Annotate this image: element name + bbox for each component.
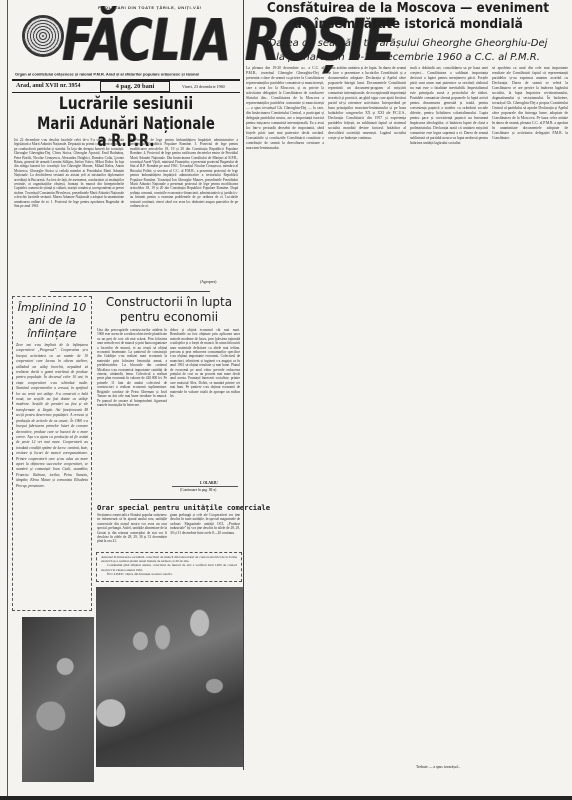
margin-rule <box>7 0 8 800</box>
anniversary-headline-2: ani de la <box>14 314 90 327</box>
rule <box>172 486 238 487</box>
schedule-col-2: gram prelungit și cele ale Cooperativei … <box>170 513 240 549</box>
issue-date: Vineri, 23 decembrie 1960 <box>182 84 225 89</box>
moscow-headline-1: Consfătuirea de la Moscova — eveniment <box>260 2 555 16</box>
emblem-icon <box>22 15 64 57</box>
builders-headline-1: Constructorii în lupta <box>96 296 242 308</box>
moscow-col-4: să aprobăm ca unul din cele mai importan… <box>492 66 568 766</box>
session-byline: (Agerpres) <box>200 280 216 284</box>
moscow-conclusion: Trebuie — a spus tovarășul... <box>416 765 460 769</box>
anniversary-headline-3: înființare <box>14 327 90 340</box>
column-divider <box>243 0 244 770</box>
info-bar: Arad, anul XVII nr. 3954 4 pag. 20 bani … <box>12 81 240 93</box>
photo-caption-3: ÎN CLIȘEU: câțiva din fruntașii acestui … <box>101 572 237 576</box>
builders-col-1: Una din preocupările constructorilor ară… <box>97 328 167 498</box>
moscow-col-2: mina arătăm unitatea și de lupta. În dar… <box>328 66 406 766</box>
issue-number: Arad, anul XVII nr. 3954 <box>16 83 80 89</box>
photo-caption-1: Antrenat în întrecerea socialistă, colec… <box>101 555 237 563</box>
moscow-deck-1: Darea de seamă a tovarășului Gheorghe Gh… <box>244 38 572 49</box>
separator <box>50 291 210 292</box>
moscow-deck-2: la plenara din 19-20 decembrie 1960 a C.… <box>244 52 572 63</box>
bottom-rule <box>0 796 572 800</box>
moscow-col-1: La plenara din 19-20 decembrie a.c. a C.… <box>246 66 324 786</box>
schedule-col-1: Secțiunea comercială a Sfatului popular … <box>97 513 167 549</box>
photo-laboratory <box>96 587 244 767</box>
anniversary-headline-1: Împlinind 10 <box>14 301 90 314</box>
session-col-1: Joi 22 decembrie s-au deschis lucrările … <box>14 138 124 284</box>
session-col-2: 2. Proiectul de lege pentru îmbunătățire… <box>130 138 238 278</box>
builders-signature: I. OLARIU <box>200 481 218 485</box>
price-box: 4 pag. 20 bani <box>100 81 170 92</box>
photo-caption-2: Continuînd pînă sfîrșitul anului, colect… <box>101 563 237 571</box>
photo-caption-box: Antrenat în întrecerea socialistă, colec… <box>96 552 242 582</box>
builders-continued: (Continuare în pag. III-a) <box>180 488 216 492</box>
session-headline-1: Lucrările sesiunii <box>33 96 220 113</box>
builders-col-2: dobor și obțină economii cât mai mari. R… <box>170 328 240 480</box>
separator <box>130 499 210 500</box>
photo-left <box>22 617 94 782</box>
masthead-subtitle: Organ al comitetului orășenesc și raiona… <box>15 72 199 76</box>
schedule-headline: Orar special pentru unitățile comerciale <box>97 503 245 512</box>
moscow-col-3: mult a dobândit azi, consolidarea sa pe … <box>410 66 488 766</box>
moscow-headline-2: de însemnătate istorică mondială <box>260 18 555 32</box>
builders-headline-2: pentru economii <box>96 311 242 323</box>
anniversary-body: Zece ani s-au împlinit de la înființarea… <box>16 343 88 605</box>
